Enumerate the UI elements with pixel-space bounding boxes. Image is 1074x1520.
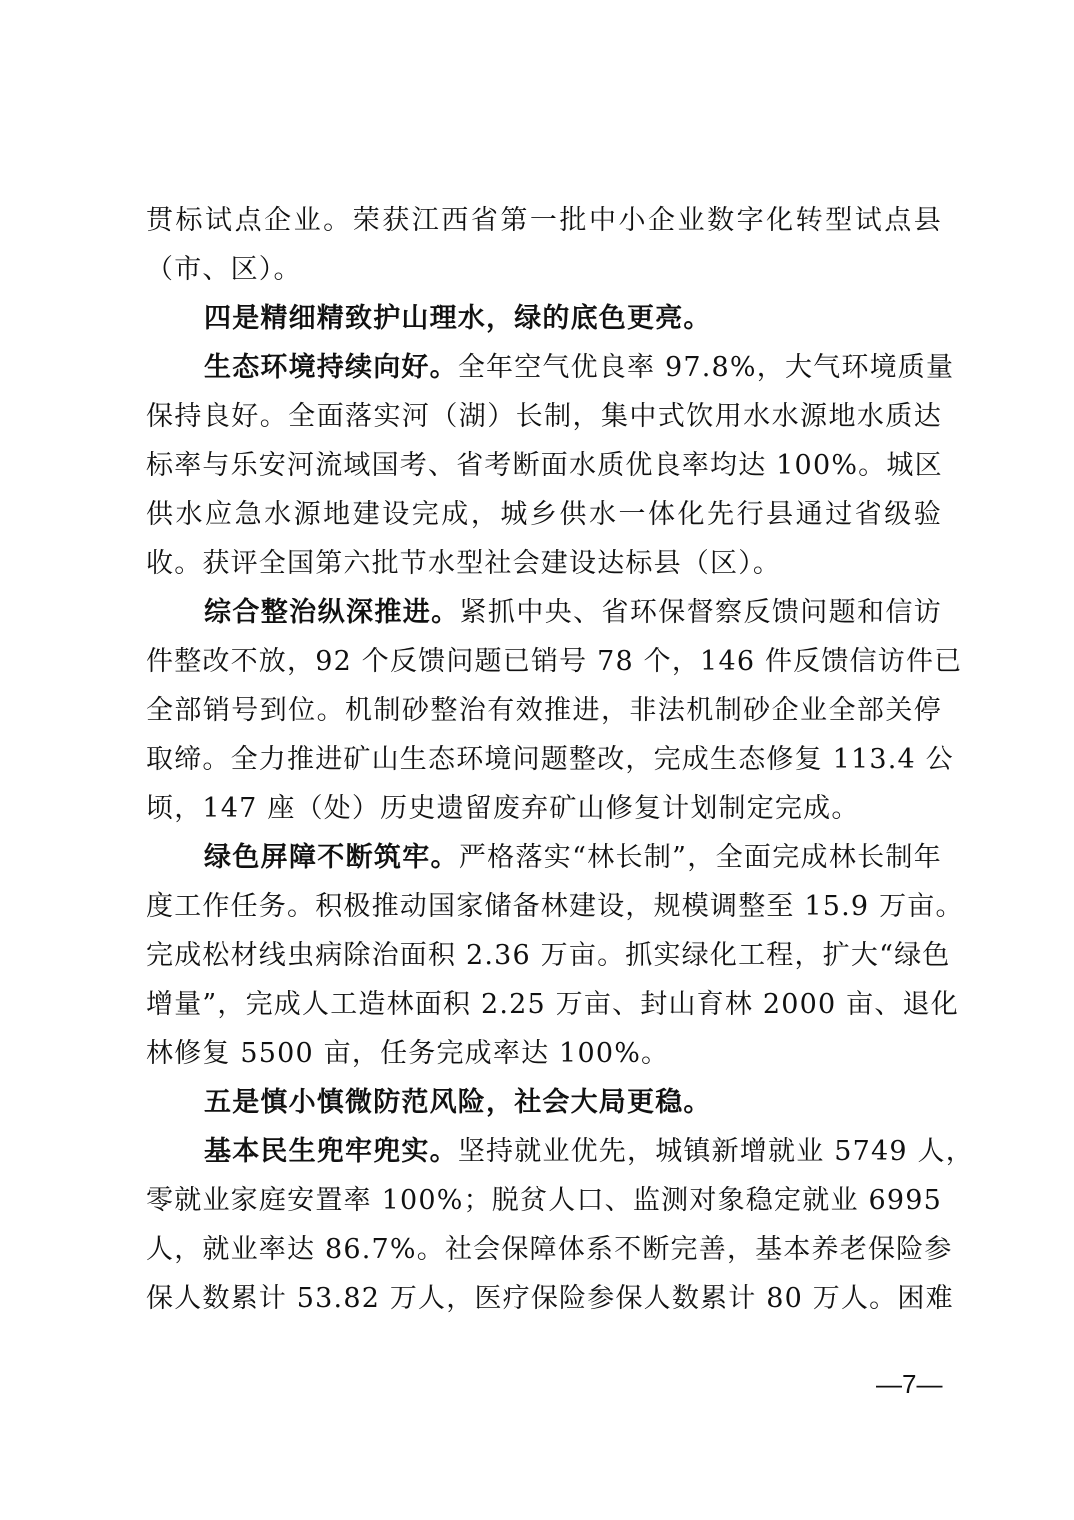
text-line: 零就业家庭安置率 100%；脱贫人口、监测对象稳定就业 6995 <box>146 1176 942 1225</box>
text-line: 林修复 5500 亩，任务完成率达 100%。 <box>146 1029 942 1078</box>
paragraph-first-line: 基本民生兜牢兜实。坚持就业优先，城镇新增就业 5749 人， <box>146 1127 942 1176</box>
text-line: 人，就业率达 86.7%。社会保障体系不断完善，基本养老保险参 <box>146 1225 942 1274</box>
text-line: 增量”，完成人工造林面积 2.25 万亩、封山育林 2000 亩、退化 <box>146 980 942 1029</box>
text-span: 坚持就业优先，城镇新增就业 5749 人， <box>458 1136 974 1167</box>
paragraph-first-line: 生态环境持续向好。全年空气优良率 97.8%，大气环境质量 <box>146 343 942 392</box>
section-heading: 四是精细精致护山理水，绿的底色更亮。 <box>146 294 942 343</box>
text-line: 顷，147 座（处）历史遗留废弃矿山修复计划制定完成。 <box>146 784 942 833</box>
text-line: 贯标试点企业。荣获江西省第一批中小企业数字化转型试点县 <box>146 196 942 245</box>
paragraph-lead: 基本民生兜牢兜实。 <box>204 1136 458 1167</box>
text-line: 度工作任务。积极推动国家储备林建设，规模调整至 15.9 万亩。 <box>146 882 942 931</box>
paragraph-lead: 生态环境持续向好。 <box>204 352 458 383</box>
text-span: 全年空气优良率 97.8%，大气环境质量 <box>458 352 954 383</box>
text-line: 收。获评全国第六批节水型社会建设达标县（区）。 <box>146 539 942 588</box>
text-line: （市、区）。 <box>146 245 942 294</box>
paragraph-lead: 综合整治纵深推进。 <box>204 597 460 628</box>
text-line: 件整改不放，92 个反馈问题已销号 78 个，146 件反馈信访件已 <box>146 637 942 686</box>
document-body: 贯标试点企业。荣获江西省第一批中小企业数字化转型试点县 （市、区）。 四是精细精… <box>146 196 942 1323</box>
text-line: 取缔。全力推进矿山生态环境问题整改，完成生态修复 113.4 公 <box>146 735 942 784</box>
section-heading: 五是慎小慎微防范风险，社会大局更稳。 <box>146 1078 942 1127</box>
text-line: 标率与乐安河流域国考、省考断面水质优良率均达 100%。城区 <box>146 441 942 490</box>
text-span: 严格落实“林长制”，全面完成林长制年 <box>459 842 942 873</box>
page-number: —7— <box>876 1369 942 1400</box>
paragraph-first-line: 综合整治纵深推进。紧抓中央、省环保督察反馈问题和信访 <box>146 588 942 637</box>
text-line: 保持良好。全面落实河（湖）长制，集中式饮用水水源地水质达 <box>146 392 942 441</box>
text-line: 保人数累计 53.82 万人，医疗保险参保人数累计 80 万人。困难 <box>146 1274 942 1323</box>
text-span: 紧抓中央、省环保督察反馈问题和信访 <box>460 597 942 628</box>
text-line: 全部销号到位。机制砂整治有效推进，非法机制砂企业全部关停 <box>146 686 942 735</box>
paragraph-first-line: 绿色屏障不断筑牢。严格落实“林长制”，全面完成林长制年 <box>146 833 942 882</box>
paragraph-lead: 绿色屏障不断筑牢。 <box>204 842 459 873</box>
text-line: 完成松材线虫病除治面积 2.36 万亩。抓实绿化工程，扩大“绿色 <box>146 931 942 980</box>
text-line: 供水应急水源地建设完成，城乡供水一体化先行县通过省级验 <box>146 490 942 539</box>
